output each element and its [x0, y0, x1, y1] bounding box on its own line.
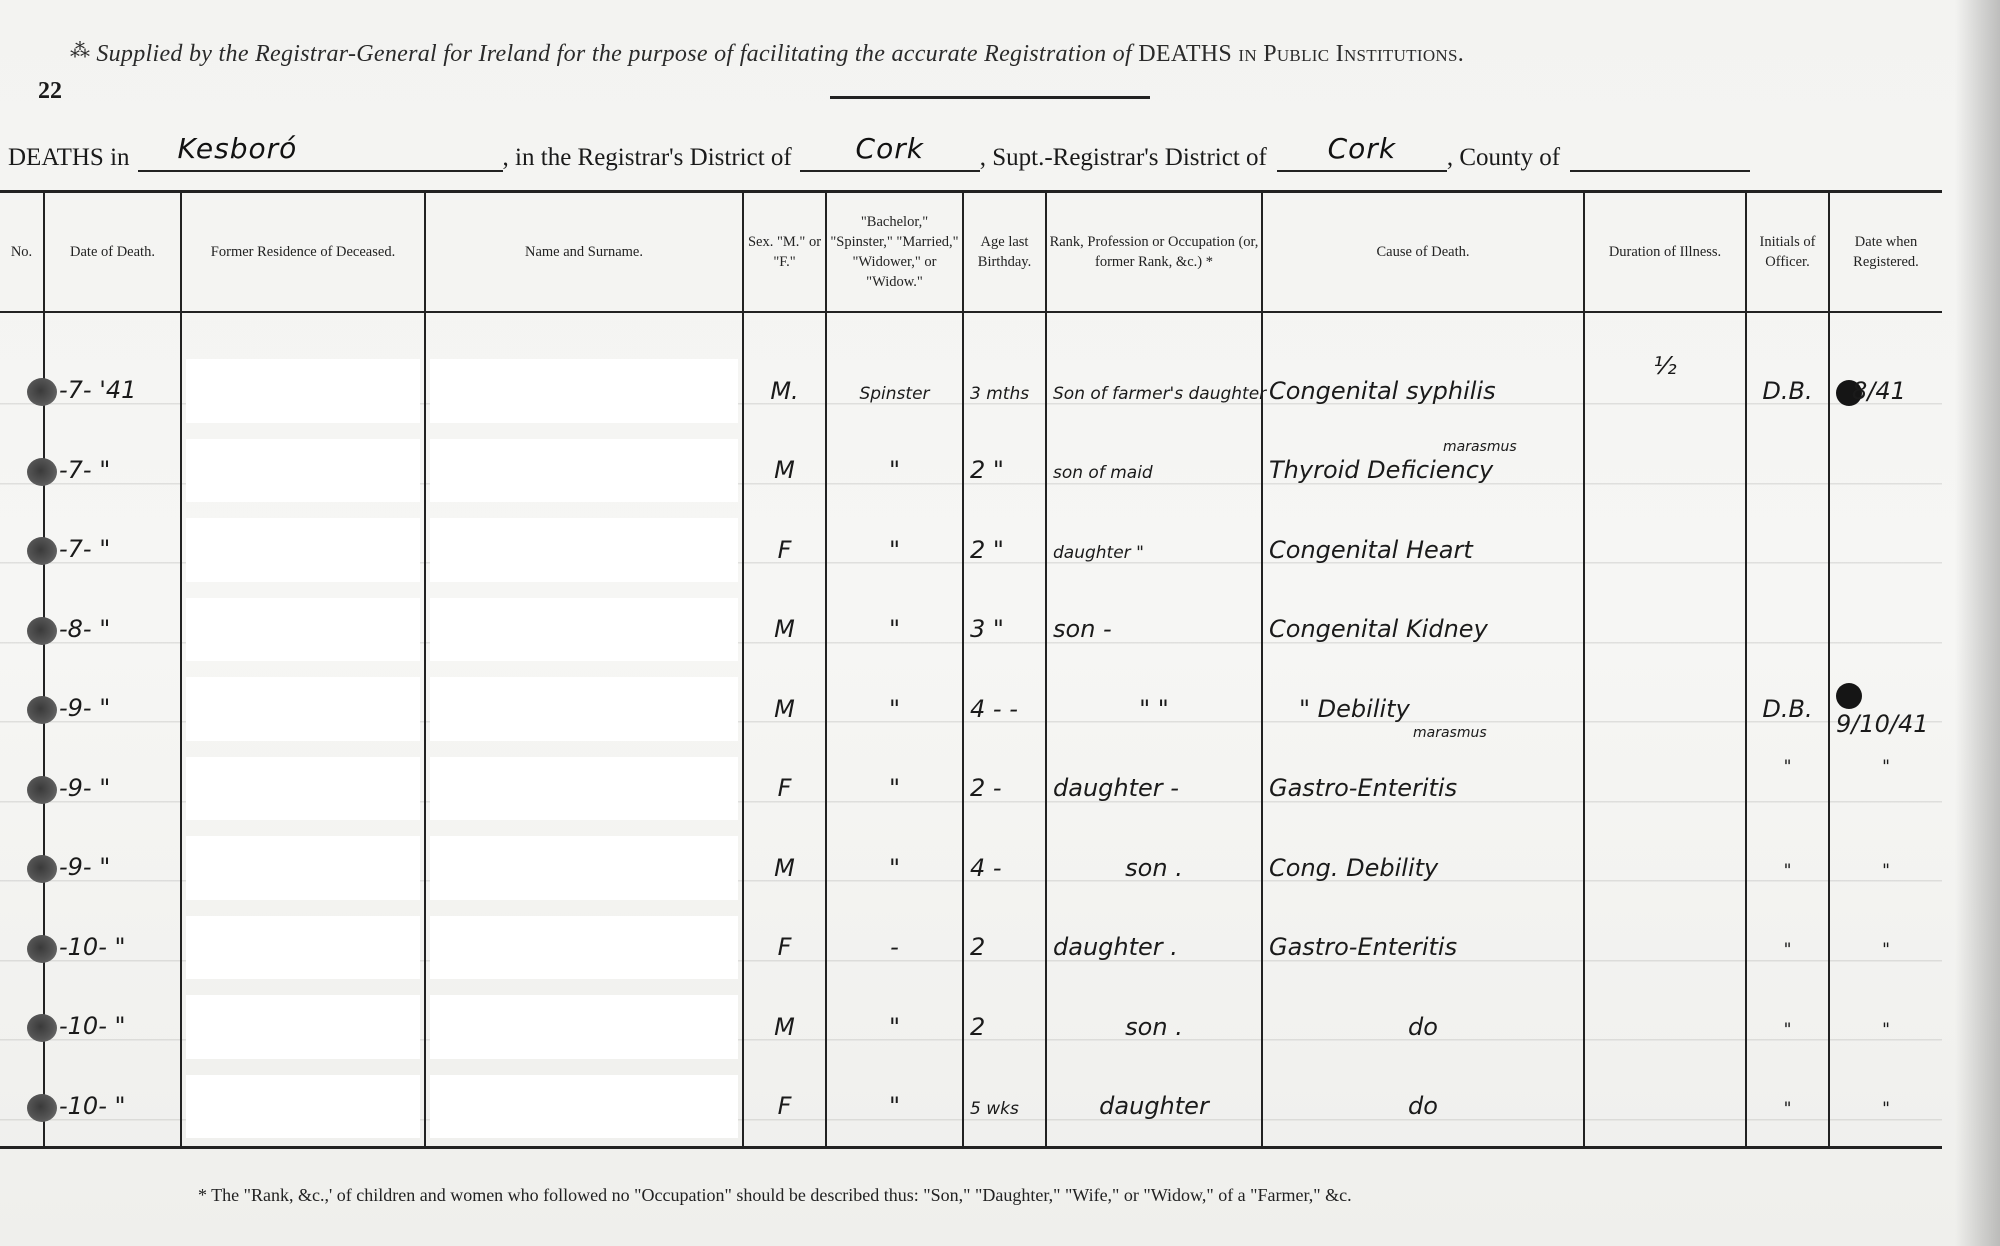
cause-annotation: marasmus	[1443, 439, 1517, 455]
redaction-box	[430, 995, 738, 1059]
cell-name	[425, 590, 743, 670]
header-initials: Initials of Officer.	[1746, 192, 1829, 313]
cell-date: -10- "	[44, 908, 181, 988]
header-sex: Sex. "M." or "F."	[743, 192, 826, 313]
cell-registered	[1829, 431, 1942, 511]
cell-age: 2 "	[963, 431, 1046, 511]
spacer-row	[0, 312, 1942, 351]
supt-district-label: , Supt.-Registrar's District of	[980, 144, 1267, 172]
cell-initials: D.B.	[1746, 669, 1829, 749]
redaction-box	[186, 757, 420, 821]
cell-residence	[181, 351, 425, 431]
cell-sex: M.	[743, 351, 826, 431]
cell-rank: son .	[1046, 828, 1262, 908]
table-row[interactable]: -7- '41 M. Spinster 3 mths Son of farmer…	[0, 351, 1942, 431]
redaction-box	[186, 518, 420, 582]
cell-rank: " "	[1046, 669, 1262, 749]
redaction-box	[430, 836, 738, 900]
cell-date: -10- "	[44, 987, 181, 1067]
cell-residence	[181, 1067, 425, 1148]
header-duration: Duration of Illness.	[1584, 192, 1746, 313]
supt-district-field[interactable]: Cork	[1277, 136, 1447, 172]
cell-age: 4 -	[963, 828, 1046, 908]
redaction-box	[430, 598, 738, 662]
deaths-in-field[interactable]: Kesborό	[138, 136, 503, 172]
cell-age: 2	[963, 987, 1046, 1067]
cell-status: "	[826, 1067, 963, 1148]
header-cause-of-death: Cause of Death.	[1262, 192, 1584, 313]
cell-sex: M	[743, 431, 826, 511]
ink-blot-icon	[27, 458, 57, 486]
cell-name	[425, 749, 743, 829]
cell-date: -10- "	[44, 1067, 181, 1148]
cell-name	[425, 351, 743, 431]
cell-initials: "	[1746, 828, 1829, 908]
cell-status: "	[826, 590, 963, 670]
cell-registered: 8/41	[1829, 351, 1942, 431]
cell-date: -7- "	[44, 510, 181, 590]
cell-sex: M	[743, 669, 826, 749]
cell-registered: "	[1829, 987, 1942, 1067]
redaction-box	[430, 916, 738, 980]
cell-sex: F	[743, 1067, 826, 1148]
cell-rank: son of maid	[1046, 431, 1262, 511]
cell-residence	[181, 669, 425, 749]
footnote: * The "Rank, &c.,' of children and women…	[198, 1185, 1352, 1206]
deaths-in-label: DEATHS in	[8, 144, 130, 172]
cell-status: "	[826, 828, 963, 908]
ink-blot-icon	[27, 1014, 57, 1042]
cell-registered: "	[1829, 749, 1942, 829]
redaction-box	[186, 995, 420, 1059]
cell-rank: daughter -	[1046, 749, 1262, 829]
cell-registered: "	[1829, 908, 1942, 988]
ink-blot-icon	[27, 537, 57, 565]
cell-age: 3 mths	[963, 351, 1046, 431]
ink-blot-icon	[27, 1094, 57, 1122]
cell-duration	[1584, 590, 1746, 670]
redaction-box	[186, 359, 420, 423]
cell-duration	[1584, 749, 1746, 829]
header-name-surname: Name and Surname.	[425, 192, 743, 313]
cell-initials: "	[1746, 1067, 1829, 1148]
cell-residence	[181, 590, 425, 670]
cell-sex: M	[743, 590, 826, 670]
cell-registered	[1829, 510, 1942, 590]
redaction-box	[430, 518, 738, 582]
redaction-box	[186, 1075, 420, 1139]
register-page: ⁂Supplied by the Registrar-General for I…	[0, 0, 2000, 1246]
table-header-row: No. Date of Death. Former Residence of D…	[0, 192, 1942, 313]
cell-date: -7- '41	[44, 351, 181, 431]
cell-registered: "	[1829, 828, 1942, 908]
redaction-box	[430, 359, 738, 423]
header-date-registered: Date when Registered.	[1829, 192, 1942, 313]
cell-age: 4 - -	[963, 669, 1046, 749]
table-row[interactable]: -9- " M " 4 - son . Cong. Debility " "	[0, 828, 1942, 908]
table-row[interactable]: -10- " F - 2 daughter . Gastro-Enteritis…	[0, 908, 1942, 988]
cell-residence	[181, 749, 425, 829]
cell-cause: Gastro-Enteritis	[1262, 908, 1584, 988]
registrar-district-label: , in the Registrar's District of	[503, 144, 792, 172]
cell-cause: do	[1262, 987, 1584, 1067]
cell-cause: " Debilitymarasmus	[1262, 669, 1584, 749]
asterism-icon: ⁂	[70, 40, 90, 62]
ink-blot-icon	[27, 378, 57, 406]
redaction-box	[186, 439, 420, 503]
cell-date: -8- "	[44, 590, 181, 670]
table-row[interactable]: -7- " F " 2 " daughter " Congenital Hear…	[0, 510, 1942, 590]
cell-sex: M	[743, 828, 826, 908]
redaction-box	[430, 439, 738, 503]
cell-initials	[1746, 431, 1829, 511]
header-former-residence: Former Residence of Deceased.	[181, 192, 425, 313]
cell-initials	[1746, 510, 1829, 590]
cell-name	[425, 669, 743, 749]
header-no: No.	[0, 192, 44, 313]
cell-residence	[181, 431, 425, 511]
title-divider	[830, 96, 1150, 99]
ink-blot-icon	[1836, 683, 1862, 709]
cell-age: 3 "	[963, 590, 1046, 670]
header-marital-status: "Bachelor," "Spinster," "Married," "Wido…	[826, 192, 963, 313]
district-line: DEATHS in Kesborό , in the Registrar's D…	[8, 132, 1968, 172]
cell-age: 2 "	[963, 510, 1046, 590]
cell-duration	[1584, 987, 1746, 1067]
cell-initials: "	[1746, 908, 1829, 988]
table-row[interactable]: -10- " F " 5 wks daughter do " "	[0, 1067, 1942, 1148]
table-row[interactable]: -9- " F " 2 - daughter - Gastro-Enteriti…	[0, 749, 1942, 829]
cell-age: 2 -	[963, 749, 1046, 829]
redaction-box	[186, 916, 420, 980]
cell-age: 5 wks	[963, 1067, 1046, 1148]
cell-initials: "	[1746, 749, 1829, 829]
cell-status: "	[826, 749, 963, 829]
cell-initials: "	[1746, 987, 1829, 1067]
cell-rank: daughter	[1046, 1067, 1262, 1148]
cell-cause: do	[1262, 1067, 1584, 1148]
cell-sex: F	[743, 908, 826, 988]
redaction-box	[430, 677, 738, 741]
ink-blot-icon	[27, 935, 57, 963]
table-row[interactable]: -7- " M " 2 " son of maid marasmusThyroi…	[0, 431, 1942, 511]
cell-status: -	[826, 908, 963, 988]
county-label: , County of	[1447, 144, 1560, 172]
ink-blot-icon	[27, 855, 57, 883]
cell-name	[425, 828, 743, 908]
redaction-box	[430, 1075, 738, 1139]
ink-blot-icon	[27, 776, 57, 804]
cell-sex: F	[743, 749, 826, 829]
header-date-of-death: Date of Death.	[44, 192, 181, 313]
supplied-by-note: ⁂Supplied by the Registrar-General for I…	[70, 38, 1970, 68]
cell-rank: Son of farmer's daughter	[1046, 351, 1262, 431]
cell-duration	[1584, 908, 1746, 988]
cell-rank: daughter "	[1046, 510, 1262, 590]
redaction-box	[186, 677, 420, 741]
cell-registered	[1829, 590, 1942, 670]
table-row[interactable]: -10- " M " 2 son . do " "	[0, 987, 1942, 1067]
cell-status: "	[826, 669, 963, 749]
cell-date: -9- "	[44, 669, 181, 749]
cell-date: -9- "	[44, 828, 181, 908]
cell-residence	[181, 987, 425, 1067]
cell-registered: "	[1829, 1067, 1942, 1148]
county-field[interactable]	[1570, 136, 1750, 172]
cell-registered: 9/10/41	[1829, 669, 1942, 749]
cell-duration: ½	[1584, 351, 1746, 431]
cell-duration	[1584, 828, 1746, 908]
cell-cause: Congenital Heart	[1262, 510, 1584, 590]
cell-cause: Gastro-Enteritis	[1262, 749, 1584, 829]
header-rank: Rank, Profession or Occupation (or, form…	[1046, 192, 1262, 313]
table-row[interactable]: -9- " M " 4 - - " " " Debilitymarasmus D…	[0, 669, 1942, 749]
cell-duration	[1584, 669, 1746, 749]
cause-annotation: marasmus	[1413, 725, 1487, 741]
cell-rank: daughter .	[1046, 908, 1262, 988]
cell-cause: Cong. Debility	[1262, 828, 1584, 908]
cell-name	[425, 1067, 743, 1148]
cell-residence	[181, 908, 425, 988]
cell-duration	[1584, 1067, 1746, 1148]
cell-status: "	[826, 987, 963, 1067]
cell-rank: son -	[1046, 590, 1262, 670]
redaction-box	[186, 598, 420, 662]
cell-age: 2	[963, 908, 1046, 988]
header-age: Age last Birthday.	[963, 192, 1046, 313]
cell-name	[425, 510, 743, 590]
cell-sex: F	[743, 510, 826, 590]
cell-rank: son .	[1046, 987, 1262, 1067]
registrar-district-field[interactable]: Cork	[800, 136, 980, 172]
cell-residence	[181, 510, 425, 590]
ink-blot-icon	[27, 696, 57, 724]
cell-cause: Congenital syphilis	[1262, 351, 1584, 431]
redaction-box	[430, 757, 738, 821]
cell-status: Spinster	[826, 351, 963, 431]
cell-initials: D.B.	[1746, 351, 1829, 431]
cell-duration	[1584, 431, 1746, 511]
ink-blot-icon	[27, 617, 57, 645]
redaction-box	[186, 836, 420, 900]
cell-name	[425, 431, 743, 511]
cell-name	[425, 987, 743, 1067]
cell-residence	[181, 828, 425, 908]
table-row[interactable]: -8- " M " 3 " son - Congenital Kidney	[0, 590, 1942, 670]
cell-cause: marasmusThyroid Deficiency	[1262, 431, 1584, 511]
cell-date: -7- "	[44, 431, 181, 511]
page-number: 22	[38, 78, 62, 105]
cell-status: "	[826, 431, 963, 511]
cell-sex: M	[743, 987, 826, 1067]
deaths-register-table: No. Date of Death. Former Residence of D…	[0, 190, 1942, 1149]
cell-initials	[1746, 590, 1829, 670]
cell-name	[425, 908, 743, 988]
cell-date: -9- "	[44, 749, 181, 829]
cell-cause: Congenital Kidney	[1262, 590, 1584, 670]
cell-status: "	[826, 510, 963, 590]
cell-duration	[1584, 510, 1746, 590]
